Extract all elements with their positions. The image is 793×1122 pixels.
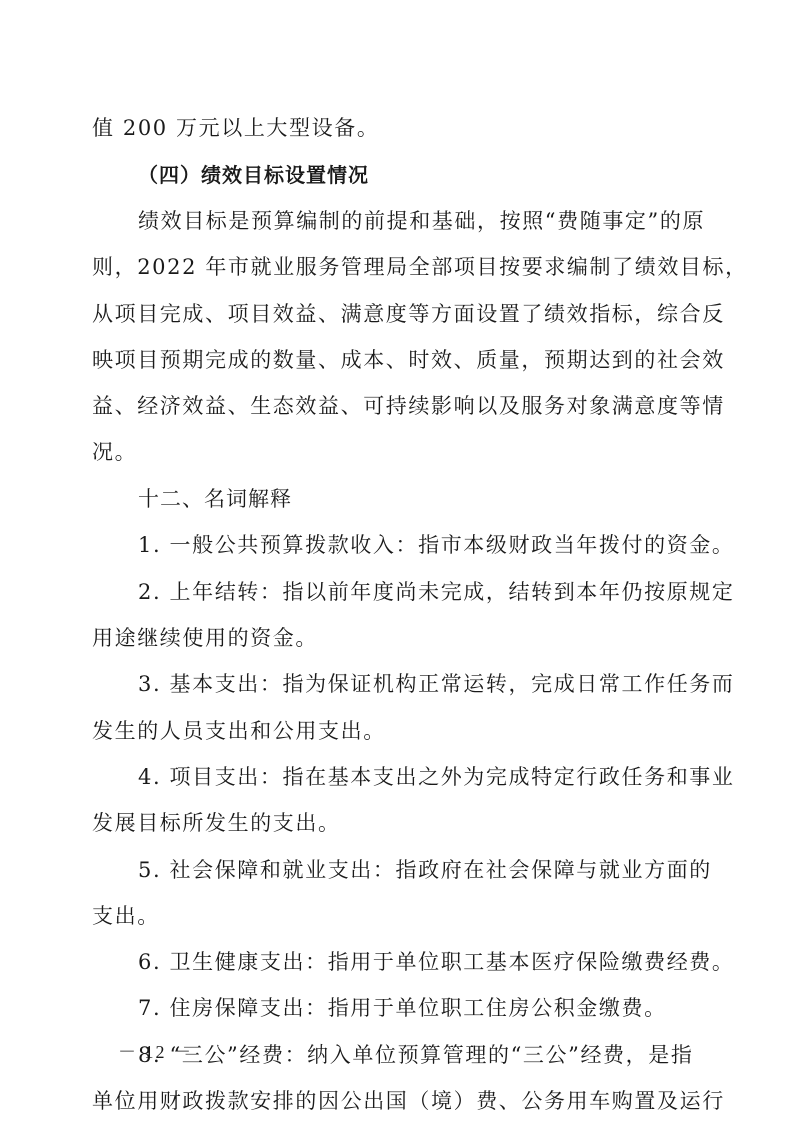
glossary-item-5: 5. 社会保障和就业支出：指政府在社会保障与就业方面的 [138,858,712,882]
paragraph-line: 支出。 [92,904,160,928]
glossary-item-8: 8. “三公”经费：纳入单位预算管理的“三公”经费，是指 [138,1043,693,1067]
glossary-item-3: 3. 基本支出：指为保证机构正常运转，完成日常工作任务而 [138,672,735,696]
paragraph-line: 绩效目标是预算编制的前提和基础，按照“费随事定”的原 [138,209,705,233]
paragraph-line: 则，2022 年市就业服务管理局全部项目按要求编制了绩效目标， [92,255,748,279]
glossary-item-6: 6. 卫生健康支出：指用于单位职工基本医疗保险缴费经费。 [138,950,735,974]
glossary-item-7: 7. 住房保障支出：指用于单位职工住房公积金缴费。 [138,996,667,1020]
page-number: － 12 － [118,1038,193,1064]
glossary-item-1: 1. 一般公共预算拨款收入：指市本级财政当年拨付的资金。 [138,533,735,557]
paragraph-line: 发展目标所发生的支出。 [92,811,341,835]
glossary-item-2: 2. 上年结转：指以前年度尚未完成，结转到本年仍按原规定 [138,580,735,604]
paragraph-line: 益、经济效益、生态效益、可持续影响以及服务对象满意度等情 [92,394,725,418]
section-heading-performance-goals: （四）绩效目标设置情况 [138,163,369,187]
paragraph-line: 发生的人员支出和公用支出。 [92,719,386,743]
paragraph-line: 从项目完成、项目效益、满意度等方面设置了绩效指标，综合反 [92,302,725,326]
paragraph-line: 映项目预期完成的数量、成本、时效、质量，预期达到的社会效 [92,348,725,372]
paragraph-line: 值 200 万元以上大型设备。 [92,116,379,140]
paragraph-line: 况。 [92,440,137,464]
paragraph-line: 单位用财政拨款安排的因公出国（境）费、公务用车购置及运行 [92,1089,725,1113]
glossary-item-4: 4. 项目支出：指在基本支出之外为完成特定行政任务和事业 [138,765,735,789]
document-page: 值 200 万元以上大型设备。 （四）绩效目标设置情况 绩效目标是预算编制的前提… [0,0,793,1122]
section-heading-glossary: 十二、名词解释 [138,487,292,511]
paragraph-line: 用途继续使用的资金。 [92,626,318,650]
